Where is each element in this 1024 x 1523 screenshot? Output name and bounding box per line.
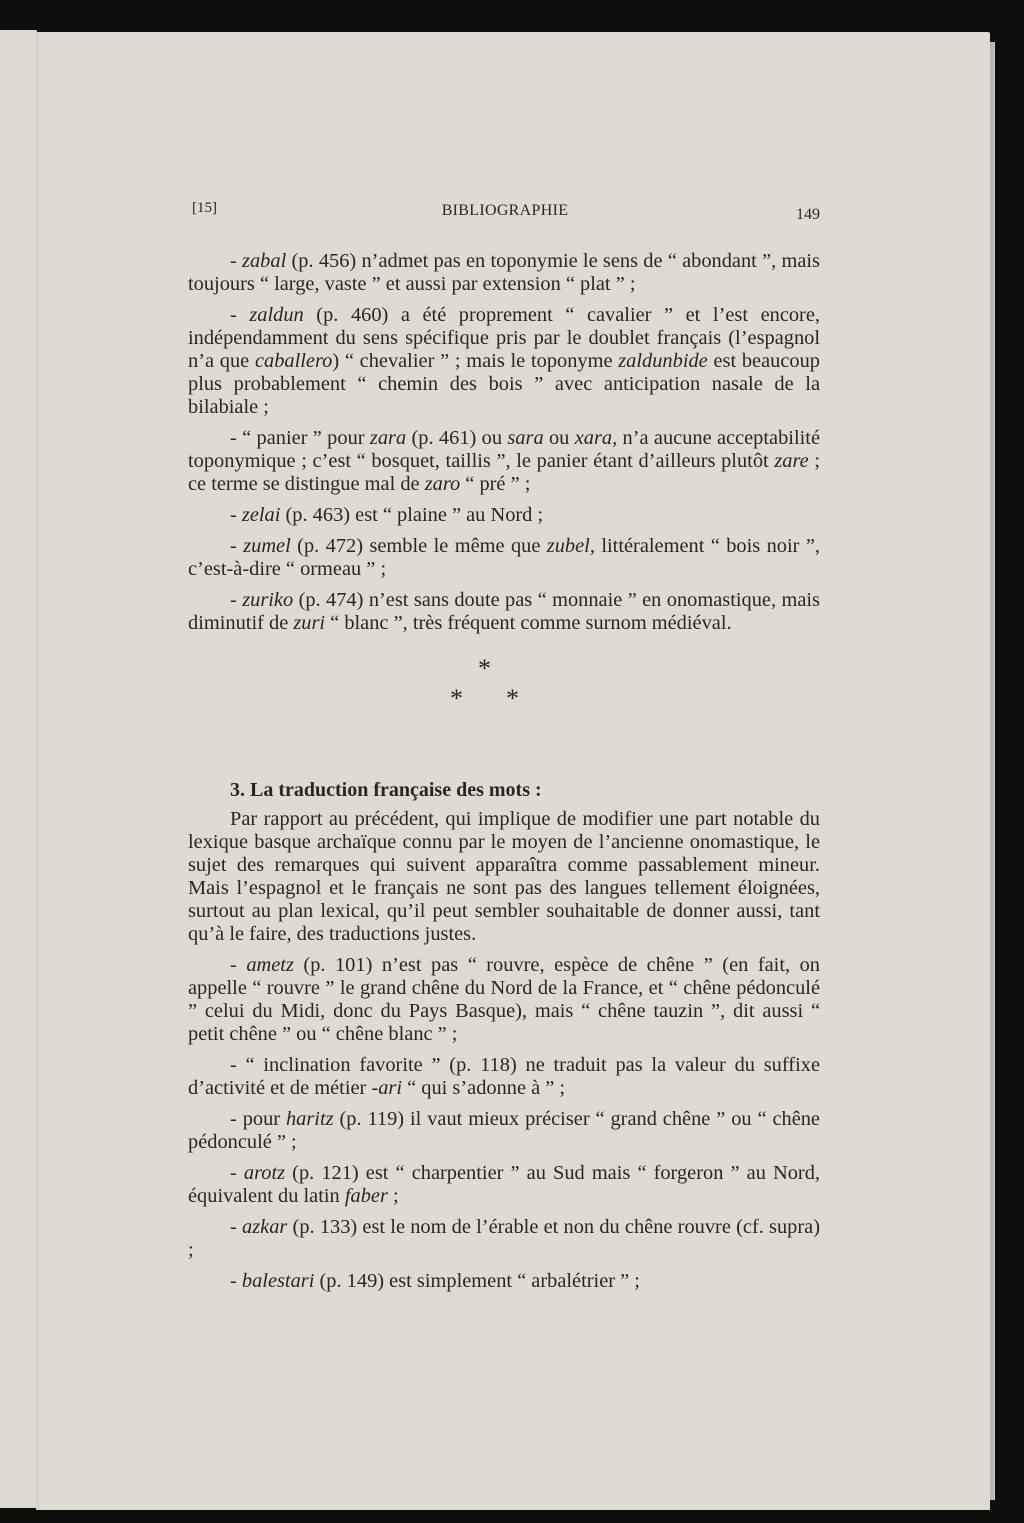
asterisk: * <box>478 657 491 680</box>
entry-inclination: - “ inclination favorite ” (p. 118) ne t… <box>188 1054 820 1100</box>
entry-zabal: - zabal (p. 456) n’admet pas en toponymi… <box>188 250 820 296</box>
entry-haritz: - pour haritz (p. 119) il vaut mieux pré… <box>188 1108 820 1154</box>
running-title: BIBLIOGRAPHIE <box>190 202 820 220</box>
section-separator-asterism: * * * <box>188 649 820 759</box>
entry-zumel: - zumel (p. 472) semble le même que zube… <box>188 535 820 581</box>
page-stack-edge <box>990 42 995 1500</box>
entry-zelai: - zelai (p. 463) est “ plaine ” au Nord … <box>188 504 820 527</box>
running-header: [15] BIBLIOGRAPHIE 149 <box>190 200 820 226</box>
entry-zaldun: - zaldun (p. 460) a été proprement “ cav… <box>188 304 820 419</box>
entry-balestari: - balestari (p. 149) est simplement “ ar… <box>188 1270 820 1293</box>
facing-page-edge <box>0 30 37 1508</box>
section-heading: 3. La traduction française des mots : <box>230 779 820 802</box>
entry-azkar: - azkar (p. 133) est le nom de l’érable … <box>188 1216 820 1262</box>
entry-ametz: - ametz (p. 101) n’est pas “ rouvre, esp… <box>188 954 820 1046</box>
asterisk: * <box>450 687 463 710</box>
entry-arotz: - arotz (p. 121) est “ charpentier ” au … <box>188 1162 820 1208</box>
asterisk: * <box>506 687 519 710</box>
body-text: - zabal (p. 456) n’admet pas en toponymi… <box>188 250 820 1301</box>
section-intro: Par rapport au précédent, qui implique d… <box>188 808 820 946</box>
entry-zara: - “ panier ” pour zara (p. 461) ou sara … <box>188 427 820 496</box>
entry-zuriko: - zuriko (p. 474) n’est sans doute pas “… <box>188 589 820 635</box>
page-number: 149 <box>796 206 820 224</box>
